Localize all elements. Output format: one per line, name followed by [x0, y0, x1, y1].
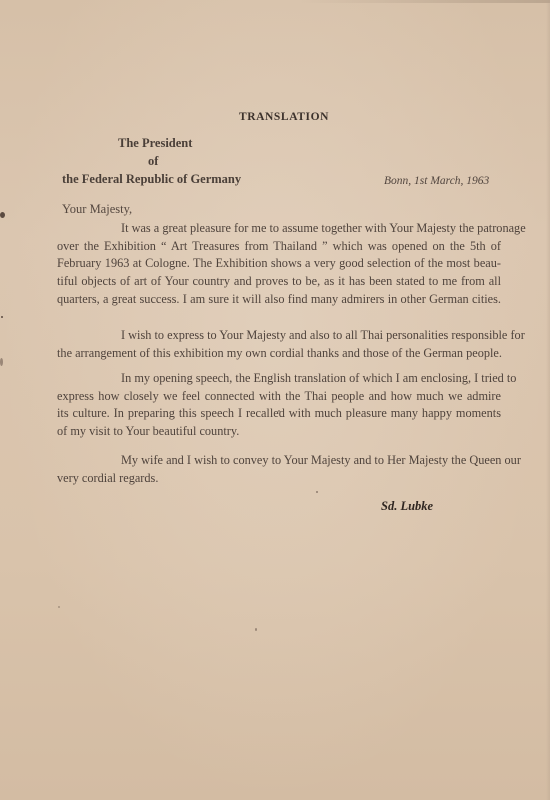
paper-speck — [316, 491, 318, 493]
paragraph-line: My wife and I wish to convey to Your Maj… — [57, 452, 501, 470]
paragraph-1: It was a great pleasure for me to assume… — [57, 220, 501, 309]
place-date: Bonn, 1st March, 1963 — [384, 175, 489, 187]
paragraph-2: I wish to express to Your Majesty and al… — [57, 327, 501, 362]
paper-speck — [0, 212, 5, 218]
paper-speck — [1, 316, 3, 318]
paragraph-line: its culture. In preparing this speech I … — [57, 405, 501, 423]
paragraph-line: February 1963 at Cologne. The Exhibition… — [57, 255, 501, 273]
paragraph-3: In my opening speech, the English transl… — [57, 370, 501, 441]
salutation: Your Majesty, — [62, 202, 132, 217]
paragraph-line: of my visit to Your beautiful country. — [57, 423, 501, 441]
paragraph-line: In my opening speech, the English transl… — [57, 370, 501, 388]
paragraph-4: My wife and I wish to convey to Your Maj… — [57, 452, 501, 487]
paragraph-line: over the Exhibition “ Art Treasures from… — [57, 238, 501, 256]
sender-of: of — [148, 154, 158, 169]
document-page: TRANSLATION The President of the Federal… — [0, 0, 550, 800]
paragraph-line: very cordial regards. — [57, 470, 501, 488]
page-edge-top — [300, 0, 550, 3]
paper-speck — [255, 628, 257, 631]
sender-country: the Federal Republic of Germany — [62, 172, 241, 187]
paragraph-line: tiful objects of art of Your country and… — [57, 273, 501, 291]
paper-speck — [0, 358, 3, 366]
paragraph-line: the arrangement of this exhibition my ow… — [57, 345, 501, 363]
paragraph-line: I wish to express to Your Majesty and al… — [57, 327, 501, 345]
document-title: TRANSLATION — [0, 111, 550, 123]
signature: Sd. Lubke — [381, 499, 433, 514]
paper-speck — [58, 606, 60, 608]
paragraph-line: It was a great pleasure for me to assume… — [57, 220, 501, 238]
sender-title: The President — [118, 136, 192, 151]
paragraph-line: quarters, a great success. I am sure it … — [57, 291, 501, 309]
paragraph-line: express how closely we feel connected wi… — [57, 388, 501, 406]
